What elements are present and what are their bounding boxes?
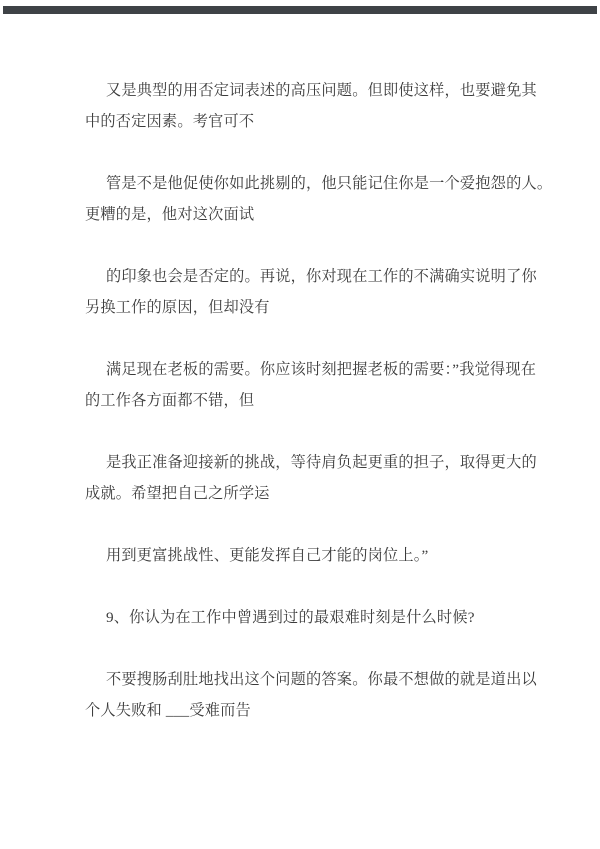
text-line: 又是典型的用否定词表述的高压问题。但即使这样，也要避免其 <box>85 75 522 106</box>
question-item-9: 9、你认为在工作中曾遇到过的最艰难时刻是什么时候? <box>85 602 522 633</box>
paragraph-4: 满足现在老板的需要。你应该时刻把握老板的需要：”我觉得现在 的工作各方面都不错，… <box>85 354 522 416</box>
paragraph-1: 又是典型的用否定词表述的高压问题。但即使这样，也要避免其 中的否定因素。考官可不 <box>85 75 522 137</box>
text-line: 是我正准备迎接新的挑战，等待肩负起更重的担子，取得更大的 <box>85 447 522 478</box>
paragraph-3: 的印象也会是否定的。再说，你对现在工作的不满确实说明了你 另换工作的原因，但却没… <box>85 261 522 323</box>
question-line: 9、你认为在工作中曾遇到过的最艰难时刻是什么时候? <box>85 602 522 633</box>
text-line: 不要搜肠刮肚地找出这个问题的答案。你最不想做的就是道出以 <box>85 664 522 695</box>
text-line: 成就。希望把自己之所学运 <box>85 478 522 509</box>
text-line: 的印象也会是否定的。再说，你对现在工作的不满确实说明了你 <box>85 261 522 292</box>
paragraph-5: 是我正准备迎接新的挑战，等待肩负起更重的担子，取得更大的 成就。希望把自己之所学… <box>85 447 522 509</box>
paragraph-8: 不要搜肠刮肚地找出这个问题的答案。你最不想做的就是道出以 个人失败和 ___受难… <box>85 664 522 726</box>
text-line: 另换工作的原因，但却没有 <box>85 292 522 323</box>
text-line: 更糟的是，他对这次面试 <box>85 199 522 230</box>
paragraph-2: 管是不是他促使你如此挑剔的，他只能记住你是一个爱抱怨的人。 更糟的是，他对这次面… <box>85 168 522 230</box>
text-line: 的工作各方面都不错，但 <box>85 385 522 416</box>
text-line: 中的否定因素。考官可不 <box>85 106 522 137</box>
text-line: 个人失败和 ___受难而告 <box>85 695 522 726</box>
text-line: 管是不是他促使你如此挑剔的，他只能记住你是一个爱抱怨的人。 <box>85 168 522 199</box>
text-line: 用到更富挑战性、更能发挥自己才能的岗位上。” <box>85 540 522 571</box>
document-text: 又是典型的用否定词表述的高压问题。但即使这样，也要避免其 中的否定因素。考官可不… <box>0 0 600 726</box>
document-page: 又是典型的用否定词表述的高压问题。但即使这样，也要避免其 中的否定因素。考官可不… <box>0 0 600 849</box>
paragraph-6: 用到更富挑战性、更能发挥自己才能的岗位上。” <box>85 540 522 571</box>
text-line: 满足现在老板的需要。你应该时刻把握老板的需要：”我觉得现在 <box>85 354 522 385</box>
